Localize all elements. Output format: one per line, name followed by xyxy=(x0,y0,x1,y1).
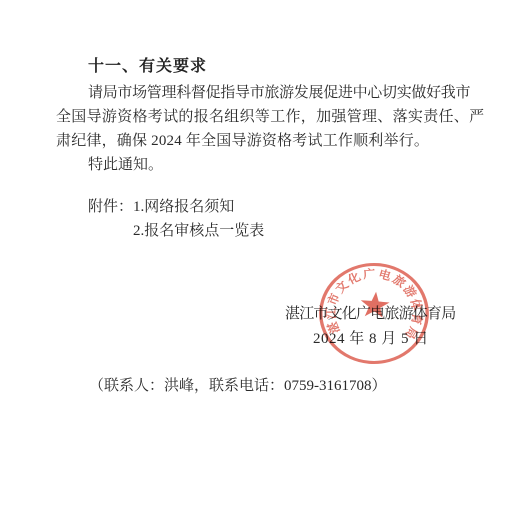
paragraph-line-2: 全国导游资格考试的报名组织等工作，加强管理、落实责任、严 xyxy=(56,107,484,127)
official-seal: 湛江市文化广电旅游体育局 xyxy=(317,261,431,366)
closing-phrase: 特此通知。 xyxy=(88,155,163,175)
paragraph-line-3: 肃纪律，确保 2024 年全国导游资格考试工作顺利举行。 xyxy=(56,131,429,151)
contact-info-line: （联系人：洪峰，联系电话：0759-3161708） xyxy=(89,376,387,396)
attachment-line-2: 2.报名审核点一览表 xyxy=(133,221,264,241)
notice-document-page: 十一、有关要求 请局市场管理科督促指导市旅游发展促进中心切实做好我市 全国导游资… xyxy=(0,0,521,526)
attachment-line-1: 附件：1.网络报名须知 xyxy=(88,197,234,217)
seal-star-icon xyxy=(359,291,390,319)
section-heading: 十一、有关要求 xyxy=(88,57,207,77)
paragraph-line-1: 请局市场管理科督促指导市旅游发展促进中心切实做好我市 xyxy=(88,83,470,103)
